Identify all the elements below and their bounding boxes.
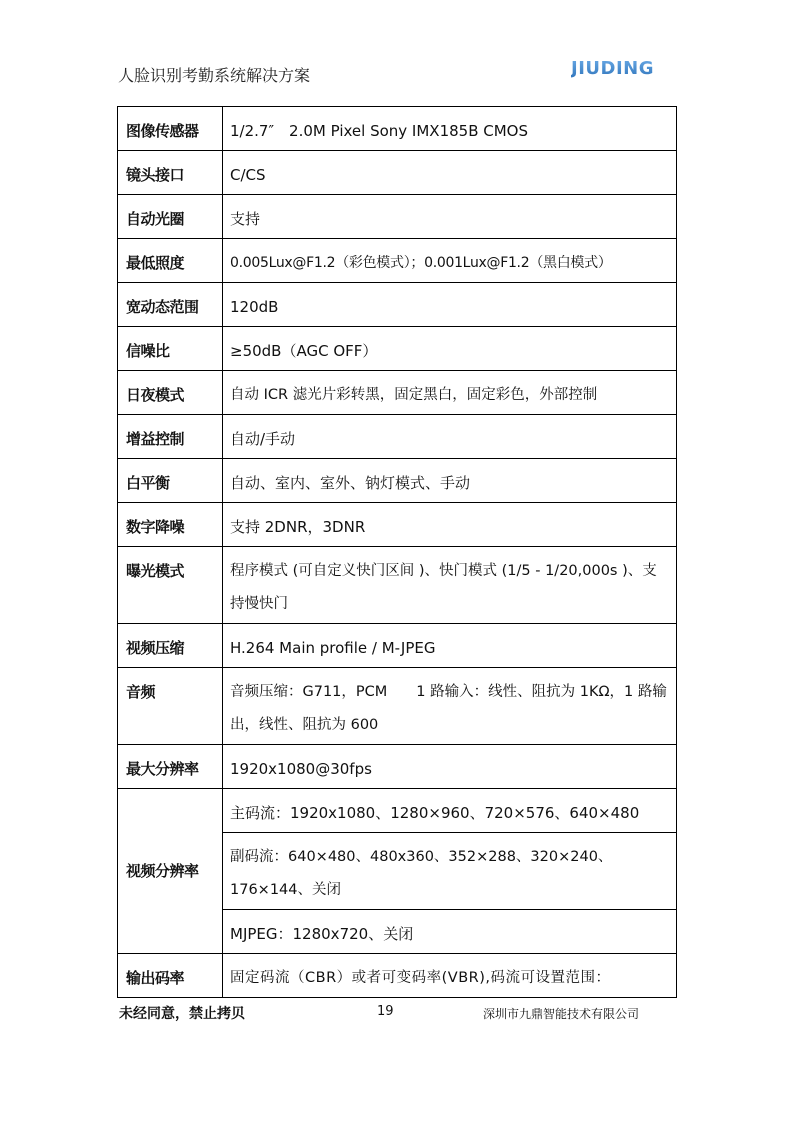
table-row: 白平衡 自动、室内、室外、钠灯模式、手动 [118,459,677,503]
table-row: 曝光模式 程序模式 (可自定义快门区间 )、快门模式 (1/5 - 1/20,0… [118,547,677,624]
spec-value: 120dB [223,283,677,327]
table-row: 宽动态范围 120dB [118,283,677,327]
jiuding-logo: JIUDING [571,58,654,79]
spec-value: 支持 2DNR，3DNR [223,503,677,547]
document-header-title: 人脸识别考勤系统解决方案 [118,63,310,86]
spec-value: 音频压缩：G711，PCM 1 路输入：线性、阻抗为 1KΩ，1 路输出，线性、… [223,668,677,745]
copy-notice: 未经同意，禁止拷贝 [119,1003,245,1023]
spec-key: 日夜模式 [118,371,223,415]
spec-key: 镜头接口 [118,151,223,195]
spec-value: 0.005Lux@F1.2（彩色模式）；0.001Lux@F1.2（黑白模式） [223,239,677,283]
spec-key: 音频 [118,668,223,745]
spec-value: 自动/手动 [223,415,677,459]
table-row: 视频压缩 H.264 Main profile / M-JPEG [118,624,677,668]
spec-key: 最大分辨率 [118,745,223,789]
spec-key: 白平衡 [118,459,223,503]
spec-value: 1/2.7″ 2.0M Pixel Sony IMX185B CMOS [223,107,677,151]
spec-key: 数字降噪 [118,503,223,547]
spec-key: 信噪比 [118,327,223,371]
table-row: 视频分辨率 主码流：1920x1080、1280×960、720×576、640… [118,789,677,833]
table-row: 音频 音频压缩：G711，PCM 1 路输入：线性、阻抗为 1KΩ，1 路输出，… [118,668,677,745]
spec-key: 最低照度 [118,239,223,283]
table-row: 增益控制 自动/手动 [118,415,677,459]
spec-key: 宽动态范围 [118,283,223,327]
company-name: 深圳市九鼎智能技术有限公司 [483,1005,639,1022]
spec-key: 视频分辨率 [118,789,223,954]
spec-value: H.264 Main profile / M-JPEG [223,624,677,668]
table-row: 最大分辨率 1920x1080@30fps [118,745,677,789]
spec-key: 视频压缩 [118,624,223,668]
table-row: 数字降噪 支持 2DNR，3DNR [118,503,677,547]
spec-value: MJPEG：1280x720、关闭 [223,910,677,954]
table-row: 最低照度 0.005Lux@F1.2（彩色模式）；0.001Lux@F1.2（黑… [118,239,677,283]
spec-value: ≥50dB（AGC OFF） [223,327,677,371]
table-row: 镜头接口 C/CS [118,151,677,195]
spec-value: 1920x1080@30fps [223,745,677,789]
table-row: 输出码率 固定码流（CBR）或者可变码率(VBR),码流可设置范围： [118,954,677,998]
spec-key: 图像传感器 [118,107,223,151]
spec-key: 输出码率 [118,954,223,998]
page-number: 19 [377,1004,394,1019]
table-row: 自动光圈 支持 [118,195,677,239]
spec-key: 自动光圈 [118,195,223,239]
spec-value: 副码流：640×480、480x360、352×288、320×240、176×… [223,833,677,910]
spec-value: 自动 ICR 滤光片彩转黑，固定黑白，固定彩色，外部控制 [223,371,677,415]
spec-table: 图像传感器 1/2.7″ 2.0M Pixel Sony IMX185B CMO… [117,106,677,998]
spec-key: 曝光模式 [118,547,223,624]
table-row: 图像传感器 1/2.7″ 2.0M Pixel Sony IMX185B CMO… [118,107,677,151]
spec-value: 固定码流（CBR）或者可变码率(VBR),码流可设置范围： [223,954,677,998]
spec-value: 支持 [223,195,677,239]
spec-key: 增益控制 [118,415,223,459]
spec-value: 程序模式 (可自定义快门区间 )、快门模式 (1/5 - 1/20,000s )… [223,547,677,624]
spec-value: 自动、室内、室外、钠灯模式、手动 [223,459,677,503]
table-row: 信噪比 ≥50dB（AGC OFF） [118,327,677,371]
spec-value: C/CS [223,151,677,195]
table-row: 日夜模式 自动 ICR 滤光片彩转黑，固定黑白，固定彩色，外部控制 [118,371,677,415]
spec-value: 主码流：1920x1080、1280×960、720×576、640×480 [223,789,677,833]
